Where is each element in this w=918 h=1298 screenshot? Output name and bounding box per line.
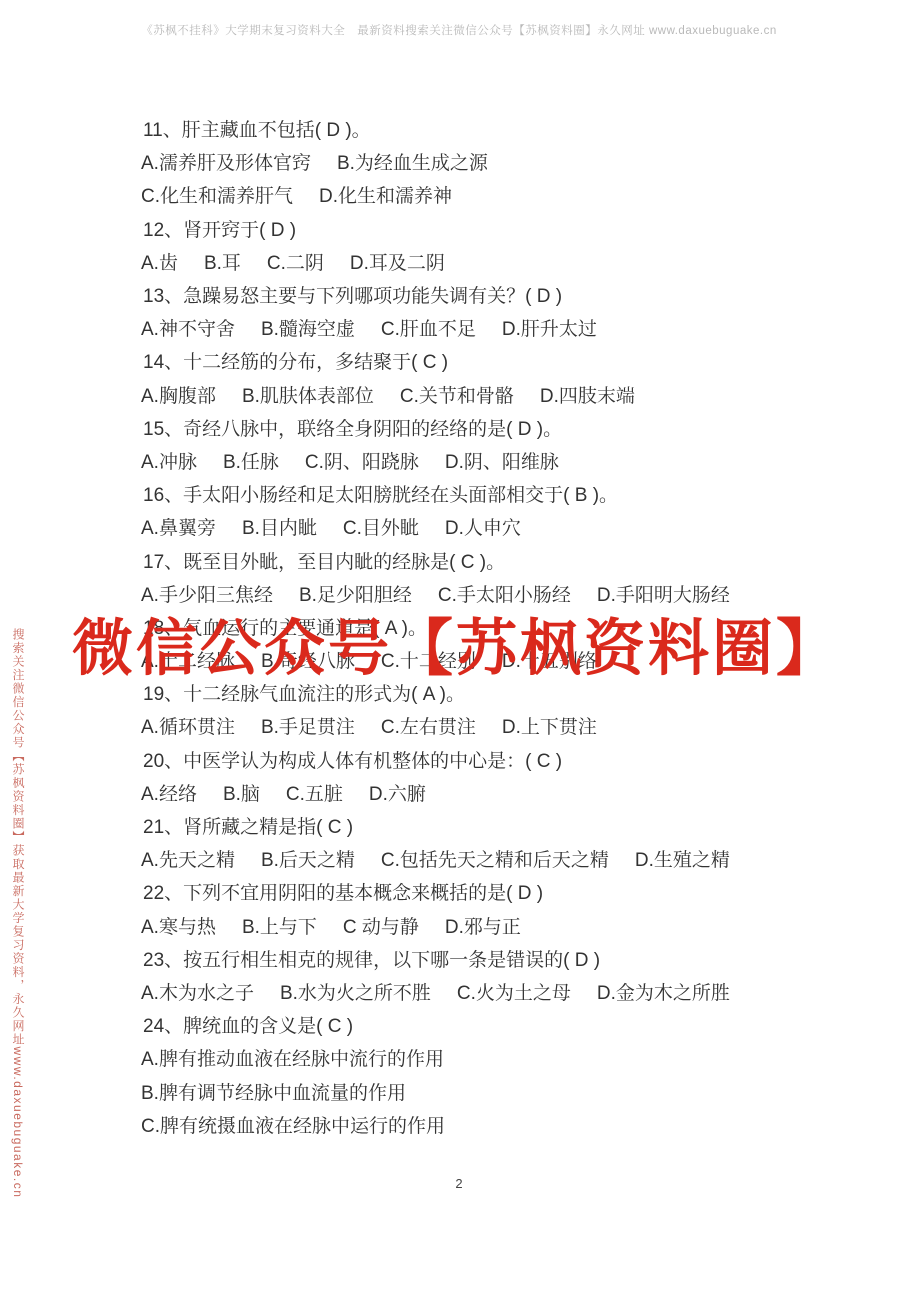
question-text: 11、肝主藏血不包括( D )。 — [141, 112, 801, 145]
option: A.经络 — [141, 779, 197, 806]
question-text: 13、急躁易怒主要与下列哪项功能失调有关？( D ) — [141, 278, 801, 311]
option: A.鼻翼旁 — [141, 513, 216, 540]
option: B.足少阳胆经 — [299, 580, 412, 607]
option: D.上下贯注 — [502, 712, 597, 739]
option: C 动与静 — [343, 912, 419, 939]
option: B.手足贯注 — [261, 712, 355, 739]
option: C.肝血不足 — [381, 314, 476, 341]
question-text: 24、脾统血的含义是( C ) — [141, 1008, 801, 1041]
option: A.脾有推动血液在经脉中流行的作用 — [141, 1044, 444, 1071]
option: A.十二经脉 — [141, 646, 235, 673]
document-page: 《苏枫不挂科》大学期末复习资料大全 最新资料搜索关注微信公众号【苏枫资料圈】永久… — [0, 0, 918, 1298]
option-line: A.神不守舍B.髓海空虚C.肝血不足D.肝升太过 — [141, 311, 801, 344]
option-line: A.鼻翼旁B.目内眦C.目外眦D.人申穴 — [141, 510, 801, 543]
option: C.左右贯注 — [381, 712, 476, 739]
option: B.上与下 — [242, 912, 317, 939]
option: C.化生和濡养肝气 — [141, 181, 293, 208]
option-line: A.冲脉B.任脉C.阴、阳跷脉D.阴、阳维脉 — [141, 444, 801, 477]
option: C.手太阳小肠经 — [438, 580, 571, 607]
option: D.手阳明大肠经 — [597, 580, 730, 607]
option: D.肝升太过 — [502, 314, 597, 341]
questions: 11、肝主藏血不包括( D )。A.濡养肝及形体官窍B.为经血生成之源C.化生和… — [141, 112, 801, 1141]
option: B.目内眦 — [242, 513, 317, 540]
option: A.齿 — [141, 248, 178, 275]
option-line: A.循环贯注B.手足贯注C.左右贯注D.上下贯注 — [141, 709, 801, 742]
page-header-text: 《苏枫不挂科》大学期末复习资料大全 最新资料搜索关注微信公众号【苏枫资料圈】永久… — [0, 22, 918, 38]
option-line: C.脾有统摄血液在经脉中运行的作用 — [141, 1108, 801, 1141]
option: A.手少阳三焦经 — [141, 580, 273, 607]
question-text: 18、气血运行的主要通道是( A )。 — [141, 610, 801, 643]
question-text: 21、肾所藏之精是指( C ) — [141, 809, 801, 842]
option-line: B.脾有调节经脉中血流量的作用 — [141, 1074, 801, 1107]
option-line: A.十二经脉B.奇经八脉C.十二经别D.十五别络 — [141, 643, 801, 676]
question-text: 14、十二经筋的分布，多结聚于( C ) — [141, 344, 801, 377]
option: C.火为土之母 — [457, 978, 571, 1005]
option: D.金为木之所胜 — [597, 978, 730, 1005]
option: B.后天之精 — [261, 845, 355, 872]
option-line: A.经络B.脑C.五脏D.六腑 — [141, 776, 801, 809]
option-line: A.胸腹部B.肌肤体表部位C.关节和骨骼D.四肢末端 — [141, 378, 801, 411]
option: B.髓海空虚 — [261, 314, 355, 341]
option: D.人申穴 — [445, 513, 521, 540]
option: C.十二经别 — [381, 646, 476, 673]
option: A.先天之精 — [141, 845, 235, 872]
option: B.为经血生成之源 — [337, 148, 488, 175]
option: D.耳及二阴 — [350, 248, 445, 275]
question-text: 22、下列不宜用阴阳的基本概念来概括的是( D ) — [141, 875, 801, 908]
option: B.脾有调节经脉中血流量的作用 — [141, 1078, 406, 1105]
option: D.六腑 — [369, 779, 426, 806]
option-line: A.先天之精B.后天之精C.包括先天之精和后天之精D.生殖之精 — [141, 842, 801, 875]
option-line: A.手少阳三焦经B.足少阳胆经C.手太阳小肠经D.手阳明大肠经 — [141, 577, 801, 610]
page-number: 2 — [0, 1176, 918, 1191]
question-text: 19、十二经脉气血流注的形式为( A )。 — [141, 676, 801, 709]
option: C.二阴 — [267, 248, 324, 275]
option: C.阴、阳跷脉 — [305, 447, 419, 474]
question-text: 23、按五行相生相克的规律，以下哪一条是错误的( D ) — [141, 942, 801, 975]
option-line: A.寒与热B.上与下C 动与静D.邪与正 — [141, 909, 801, 942]
option: C.脾有统摄血液在经脉中运行的作用 — [141, 1111, 445, 1138]
option: C.目外眦 — [343, 513, 419, 540]
option: A.冲脉 — [141, 447, 197, 474]
side-watermark-text: 搜索关注微信公众号【苏枫资料圈】获取最新大学复习资料，永久网址www.daxue… — [10, 628, 27, 1198]
option: D.十五别络 — [502, 646, 597, 673]
option: A.循环贯注 — [141, 712, 235, 739]
option: D.化生和濡养神 — [319, 181, 452, 208]
option: B.脑 — [223, 779, 260, 806]
option: B.肌肤体表部位 — [242, 381, 374, 408]
option: D.阴、阳维脉 — [445, 447, 559, 474]
option: C.包括先天之精和后天之精 — [381, 845, 609, 872]
question-text: 12、肾开窍于( D ) — [141, 212, 801, 245]
option: D.四肢末端 — [540, 381, 635, 408]
option: A.寒与热 — [141, 912, 216, 939]
option: A.木为水之子 — [141, 978, 254, 1005]
option: B.水为火之所不胜 — [280, 978, 431, 1005]
question-text: 16、手太阳小肠经和足太阳膀胱经在头面部相交于( B )。 — [141, 477, 801, 510]
option-line: A.木为水之子B.水为火之所不胜C.火为土之母D.金为木之所胜 — [141, 975, 801, 1008]
option-line: A.脾有推动血液在经脉中流行的作用 — [141, 1041, 801, 1074]
question-text: 17、既至目外眦，至目内眦的经脉是( C )。 — [141, 543, 801, 576]
option: C.五脏 — [286, 779, 343, 806]
option: D.生殖之精 — [635, 845, 730, 872]
option: A.胸腹部 — [141, 381, 216, 408]
option-line: A.濡养肝及形体官窍B.为经血生成之源 — [141, 145, 801, 178]
option: D.邪与正 — [445, 912, 521, 939]
option: B.奇经八脉 — [261, 646, 355, 673]
option: A.濡养肝及形体官窍 — [141, 148, 311, 175]
option: C.关节和骨骼 — [400, 381, 514, 408]
option: B.任脉 — [223, 447, 279, 474]
option-line: C.化生和濡养肝气D.化生和濡养神 — [141, 178, 801, 211]
question-text: 20、中医学认为构成人体有机整体的中心是：( C ) — [141, 743, 801, 776]
option-line: A.齿B.耳C.二阴D.耳及二阴 — [141, 245, 801, 278]
question-text: 15、奇经八脉中，联络全身阴阳的经络的是( D )。 — [141, 411, 801, 444]
option: B.耳 — [204, 248, 241, 275]
option: A.神不守舍 — [141, 314, 235, 341]
